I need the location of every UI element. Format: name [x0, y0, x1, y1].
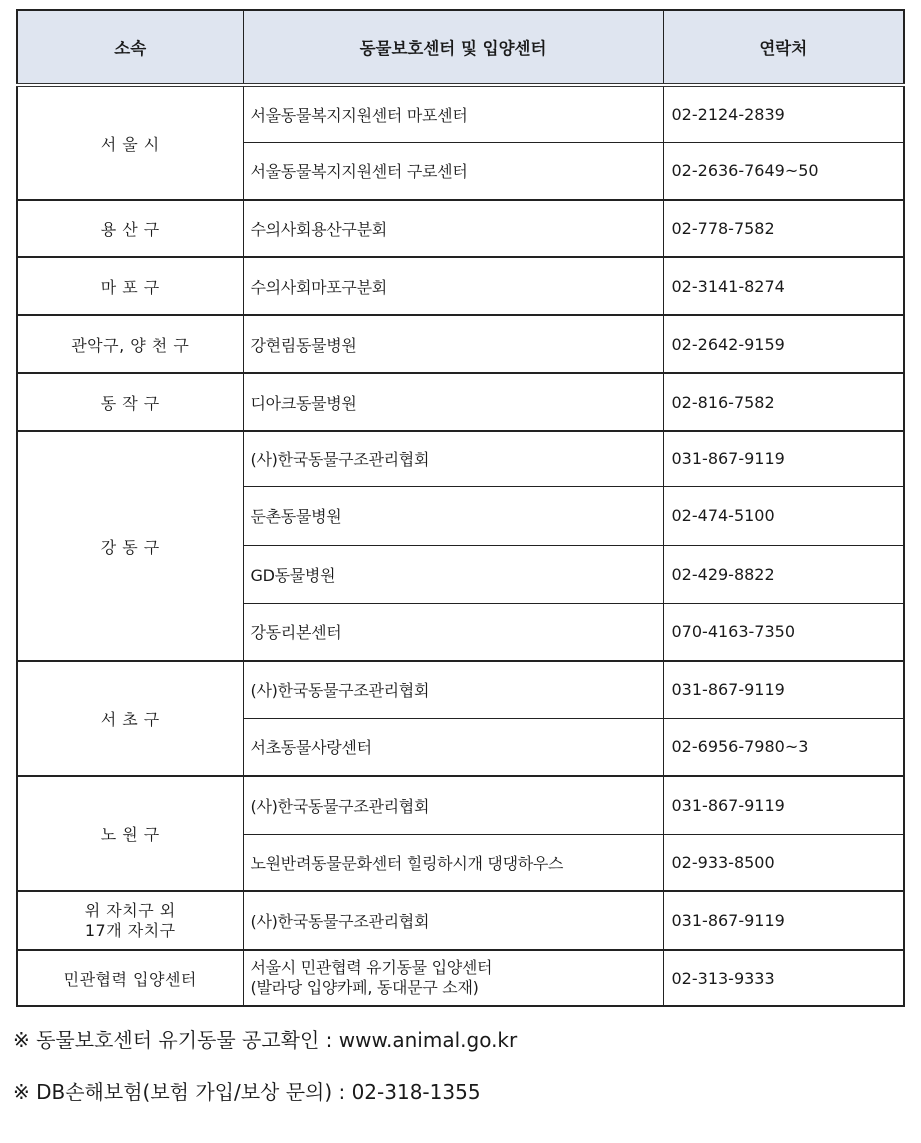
phone-cell: 02-933-8500 [663, 834, 904, 891]
phone-cell: 031-867-9119 [663, 776, 904, 834]
center-cell: (사)한국동물구조관리협회 [243, 891, 663, 950]
phone-cell: 02-816-7582 [663, 373, 904, 431]
center-cell: 수의사회마포구분회 [243, 257, 663, 315]
region-line-2: 17개 자치구 [18, 921, 243, 941]
center-line-2: (발라당 입양카페, 동대문구 소재) [251, 978, 663, 998]
center-cell: 디아크동물병원 [243, 373, 663, 431]
phone-cell: 031-867-9119 [663, 661, 904, 718]
animal-shelter-table: 소속 동물보호센터 및 입양센터 연락처 서 울 시 서울동물복지지원센터 마포… [16, 9, 905, 1007]
region-cell: 관악구, 양 천 구 [17, 315, 243, 373]
region-cell: 서 초 구 [17, 661, 243, 776]
center-cell: 노원반려동물문화센터 힐링하시개 댕댕하우스 [243, 834, 663, 891]
center-cell: 서울시 민관협력 유기동물 입양센터 (발라당 입양카페, 동대문구 소재) [243, 950, 663, 1006]
center-cell: GD동물병원 [243, 545, 663, 603]
footnote-animal-notice: ※ 동물보호센터 유기동물 공고확인 : www.animal.go.kr [13, 1024, 517, 1053]
center-cell: 강현림동물병원 [243, 315, 663, 373]
table-row: 노 원 구 (사)한국동물구조관리협회 031-867-9119 [17, 776, 904, 834]
phone-cell: 02-429-8822 [663, 545, 904, 603]
center-cell: 서울동물복지지원센터 구로센터 [243, 142, 663, 200]
table-row: 서 초 구 (사)한국동물구조관리협회 031-867-9119 [17, 661, 904, 718]
center-cell: 강동리본센터 [243, 603, 663, 661]
center-line-1: 서울시 민관협력 유기동물 입양센터 [251, 958, 663, 978]
region-cell: 동 작 구 [17, 373, 243, 431]
phone-cell: 02-313-9333 [663, 950, 904, 1006]
region-cell: 서 울 시 [17, 85, 243, 200]
table-row: 서 울 시 서울동물복지지원센터 마포센터 02-2124-2839 [17, 85, 904, 142]
table-row: 관악구, 양 천 구 강현림동물병원 02-2642-9159 [17, 315, 904, 373]
table-row: 민관협력 입양센터 서울시 민관협력 유기동물 입양센터 (발라당 입양카페, … [17, 950, 904, 1006]
header-center: 동물보호센터 및 입양센터 [243, 10, 663, 85]
table-row: 동 작 구 디아크동물병원 02-816-7582 [17, 373, 904, 431]
center-cell: 서초동물사랑센터 [243, 718, 663, 776]
center-cell: 수의사회용산구분회 [243, 200, 663, 257]
phone-cell: 02-2642-9159 [663, 315, 904, 373]
phone-cell: 070-4163-7350 [663, 603, 904, 661]
phone-cell: 02-2636-7649~50 [663, 142, 904, 200]
region-cell: 용 산 구 [17, 200, 243, 257]
phone-cell: 02-3141-8274 [663, 257, 904, 315]
center-cell: (사)한국동물구조관리협회 [243, 431, 663, 486]
table-row: 용 산 구 수의사회용산구분회 02-778-7582 [17, 200, 904, 257]
phone-cell: 031-867-9119 [663, 431, 904, 486]
header-affiliation: 소속 [17, 10, 243, 85]
table-row: 위 자치구 외 17개 자치구 (사)한국동물구조관리협회 031-867-91… [17, 891, 904, 950]
table-row: 마 포 구 수의사회마포구분회 02-3141-8274 [17, 257, 904, 315]
region-cell: 마 포 구 [17, 257, 243, 315]
center-cell: 둔촌동물병원 [243, 486, 663, 545]
center-cell: 서울동물복지지원센터 마포센터 [243, 85, 663, 142]
region-line-1: 위 자치구 외 [18, 901, 243, 921]
phone-cell: 02-778-7582 [663, 200, 904, 257]
phone-cell: 031-867-9119 [663, 891, 904, 950]
region-cell: 강 동 구 [17, 431, 243, 661]
header-row: 소속 동물보호센터 및 입양센터 연락처 [17, 10, 904, 85]
center-cell: (사)한국동물구조관리협회 [243, 776, 663, 834]
phone-cell: 02-2124-2839 [663, 85, 904, 142]
region-cell: 노 원 구 [17, 776, 243, 891]
region-cell: 민관협력 입양센터 [17, 950, 243, 1006]
phone-cell: 02-6956-7980~3 [663, 718, 904, 776]
header-contact: 연락처 [663, 10, 904, 85]
table-row: 강 동 구 (사)한국동물구조관리협회 031-867-9119 [17, 431, 904, 486]
region-cell: 위 자치구 외 17개 자치구 [17, 891, 243, 950]
footnote-insurance: ※ DB손해보험(보험 가입/보상 문의) : 02-318-1355 [13, 1076, 481, 1105]
phone-cell: 02-474-5100 [663, 486, 904, 545]
center-cell: (사)한국동물구조관리협회 [243, 661, 663, 718]
